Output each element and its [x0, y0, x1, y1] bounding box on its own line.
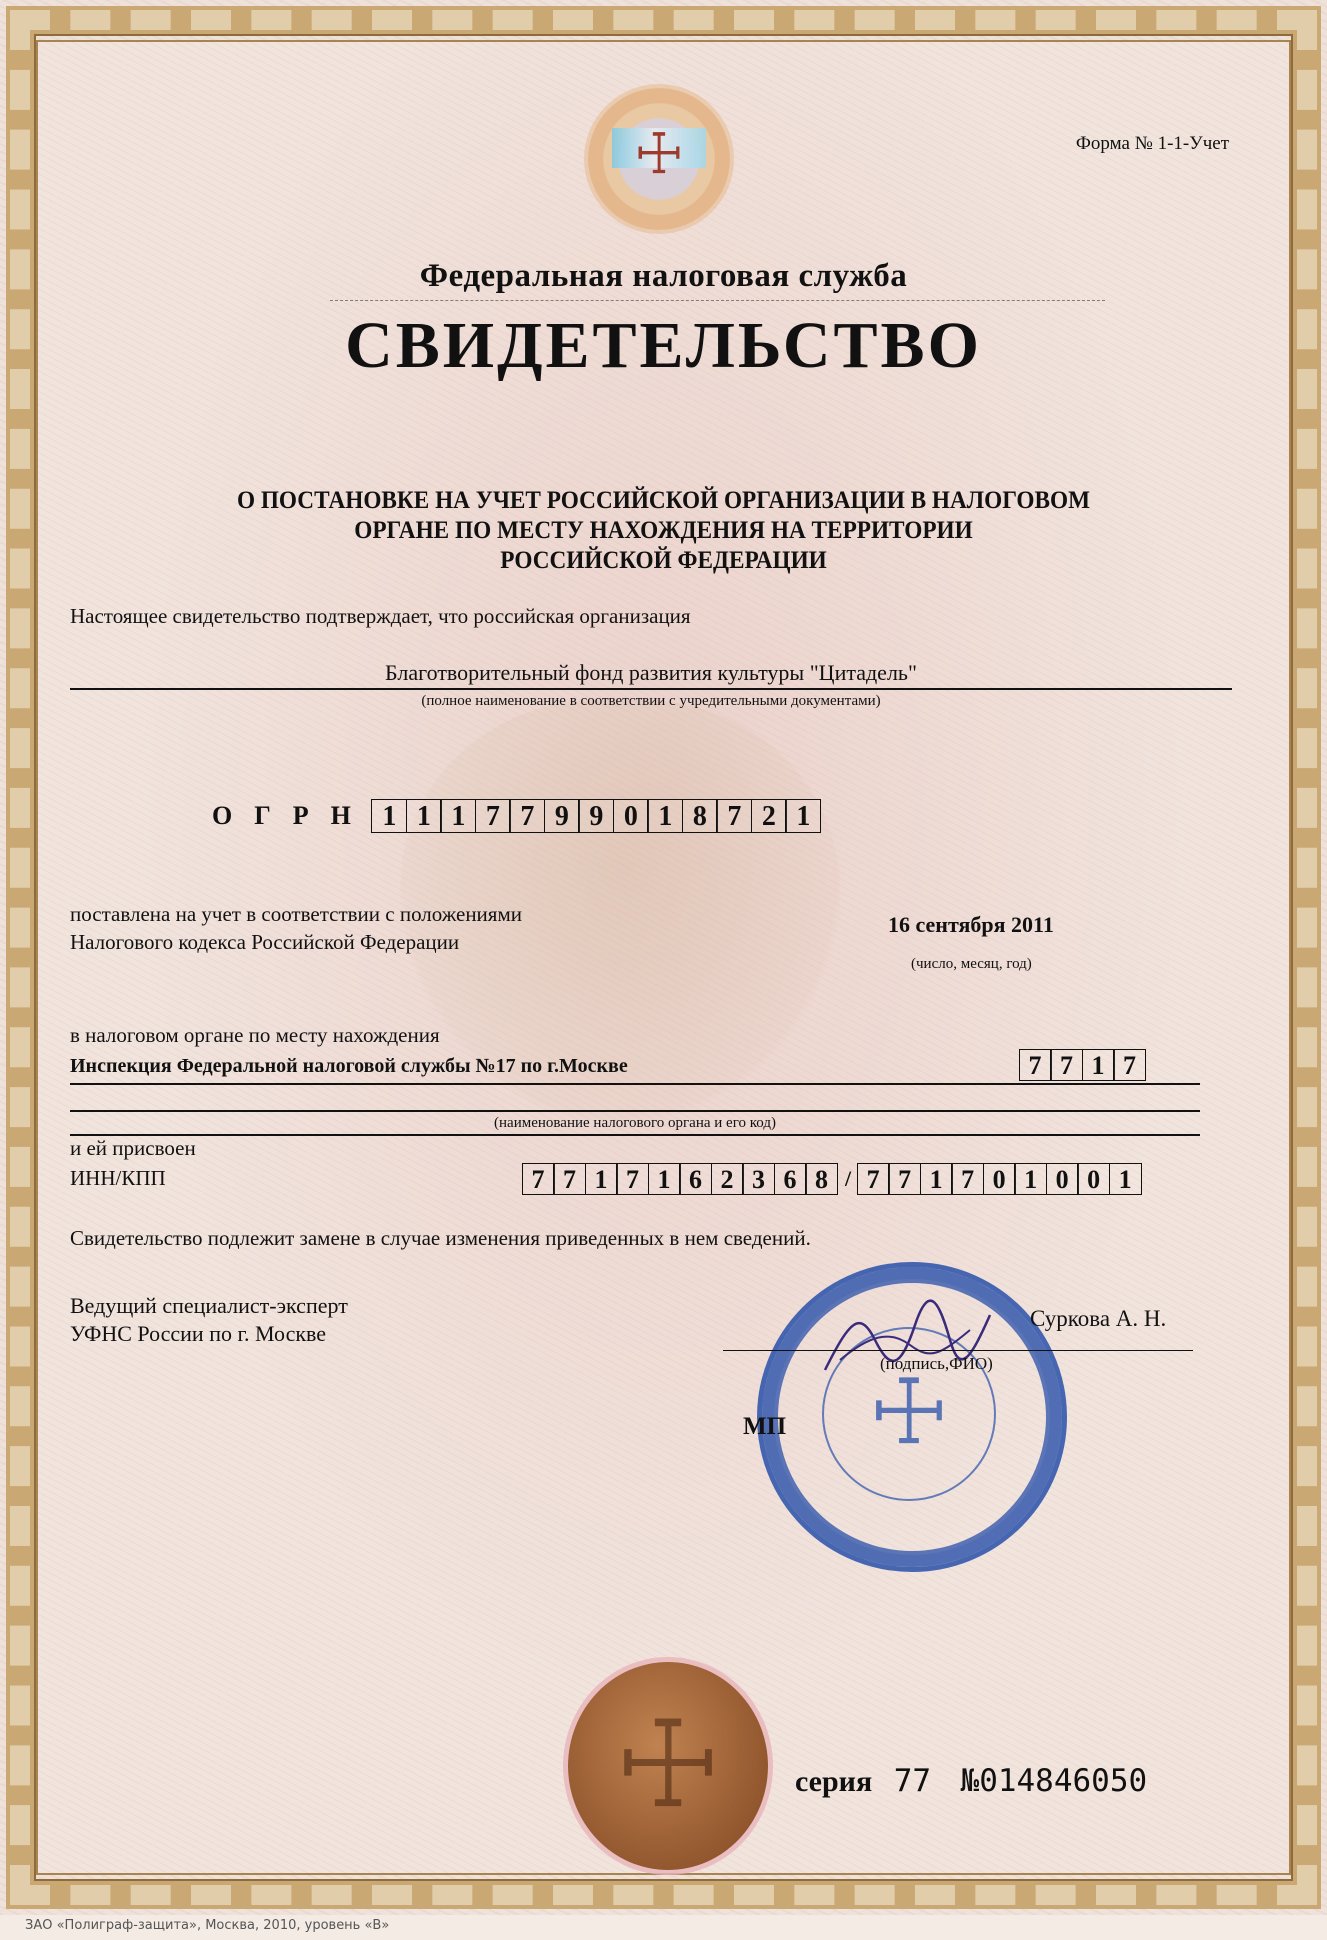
handwritten-signature-icon: [820, 1300, 1000, 1390]
registration-text: поставлена на учет в соответствии с поло…: [70, 900, 522, 956]
inn-digit: 1: [585, 1163, 618, 1195]
tax-office-code-digit: 7: [1019, 1049, 1052, 1081]
signature-hint: (подпись,ФИО): [880, 1354, 993, 1374]
tax-office-code-digit: 1: [1082, 1049, 1115, 1081]
form-number: Форма № 1-1-Учет: [1076, 133, 1229, 155]
tax-office-name: Инспекция Федеральной налоговой службы №…: [70, 1055, 628, 1078]
inn-digit-boxes: 7717162368: [523, 1163, 838, 1195]
inn-digit: 6: [679, 1163, 712, 1195]
certificate-sheet: ☩ Форма № 1-1-Учет Федеральная налоговая…: [0, 0, 1327, 1915]
signature-rule: [723, 1350, 1193, 1351]
signer-name: Суркова А. Н.: [1030, 1306, 1166, 1332]
ogrn-digit: 9: [544, 799, 580, 833]
kpp-digit: 7: [951, 1163, 984, 1195]
tax-office-intro: в налоговом органе по месту нахождения: [70, 1023, 440, 1048]
replacement-note: Свидетельство подлежит замене в случае и…: [70, 1226, 811, 1251]
subtitle-line: ОРГАНЕ ПО МЕСТУ НАХОЖДЕНИЯ НА ТЕРРИТОРИИ: [46, 516, 1280, 546]
registration-line: поставлена на учет в соответствии с поло…: [70, 900, 522, 928]
ogrn-digit: 1: [785, 799, 821, 833]
tax-office-code-digit: 7: [1113, 1049, 1146, 1081]
ogrn-digit-boxes: 1117799018721: [373, 799, 822, 833]
ogrn-digit: 7: [475, 799, 511, 833]
ogrn-digit: 9: [578, 799, 614, 833]
tax-office-rule-3: [70, 1134, 1200, 1136]
signer-position: Ведущий специалист-эксперт УФНС России п…: [70, 1292, 348, 1348]
inn-digit: 1: [648, 1163, 681, 1195]
kpp-digit: 0: [1046, 1163, 1079, 1195]
ogrn-digit: 0: [613, 799, 649, 833]
inn-kpp-row: 7717162368 / 771701001: [523, 1163, 1142, 1195]
organization-rule: [70, 688, 1232, 690]
kpp-digit: 0: [983, 1163, 1016, 1195]
series-value: 77: [894, 1763, 931, 1799]
kpp-digit: 7: [888, 1163, 921, 1195]
divider: [330, 300, 1105, 301]
certificate-number: №014846050: [961, 1763, 1148, 1799]
kpp-digit: 1: [920, 1163, 953, 1195]
series-label: серия: [795, 1765, 872, 1798]
ogrn-digit: 8: [682, 799, 718, 833]
tax-office-rule-2: [70, 1110, 1200, 1112]
assigned-label: и ей присвоен: [70, 1136, 196, 1161]
inn-digit: 8: [805, 1163, 838, 1195]
registration-date: 16 сентября 2011: [888, 912, 1054, 938]
ogrn-digit: 1: [647, 799, 683, 833]
tax-office-code-digit: 7: [1050, 1049, 1083, 1081]
kpp-digit: 1: [1014, 1163, 1047, 1195]
subtitle-line: РОССИЙСКОЙ ФЕДЕРАЦИИ: [46, 546, 1280, 576]
kpp-digit: 0: [1077, 1163, 1110, 1195]
kpp-digit: 7: [857, 1163, 890, 1195]
ogrn-digit: 7: [716, 799, 752, 833]
document-title: СВИДЕТЕЛЬСТВО: [0, 308, 1327, 384]
intro-text: Настоящее свидетельство подтверждает, чт…: [70, 604, 691, 629]
inn-digit: 3: [742, 1163, 775, 1195]
kpp-digit-boxes: 771701001: [858, 1163, 1142, 1195]
ogrn-digit: 1: [406, 799, 442, 833]
inn-digit: 7: [616, 1163, 649, 1195]
ogrn-row: ОГРН 1117799018721: [212, 799, 821, 833]
inn-digit: 7: [553, 1163, 586, 1195]
inn-kpp-separator: /: [838, 1163, 858, 1195]
inn-digit: 2: [711, 1163, 744, 1195]
tax-office-rule: [70, 1083, 1200, 1085]
tax-office-code-boxes: 7717: [1020, 1049, 1146, 1081]
double-headed-eagle-icon: ☩: [632, 118, 686, 192]
inn-digit: 6: [774, 1163, 807, 1195]
organization-name: Благотворительный фонд развития культуры…: [70, 660, 1232, 686]
inn-kpp-label: ИНН/КПП: [70, 1166, 166, 1191]
ogrn-digit: 1: [440, 799, 476, 833]
position-line: Ведущий специалист-эксперт: [70, 1292, 348, 1320]
tax-office-hint: (наименование налогового органа и его ко…: [70, 1115, 1200, 1132]
subtitle-line: О ПОСТАНОВКЕ НА УЧЕТ РОССИЙСКОЙ ОРГАНИЗА…: [46, 486, 1280, 516]
stamp-place-label: МП: [743, 1413, 786, 1441]
embossed-eagle-seal-icon: ☩: [568, 1662, 768, 1870]
printer-note: ЗАО «Полиграф-защита», Москва, 2010, уро…: [25, 1918, 389, 1933]
date-hint: (число, месяц, год): [911, 956, 1032, 973]
kpp-digit: 1: [1109, 1163, 1142, 1195]
ogrn-label: ОГРН: [212, 801, 373, 831]
ogrn-digit: 7: [509, 799, 545, 833]
registration-line: Налогового кодекса Российской Федерации: [70, 928, 522, 956]
coat-of-arms-hologram-icon: ☩: [588, 88, 730, 230]
ogrn-digit: 2: [751, 799, 787, 833]
inn-digit: 7: [522, 1163, 555, 1195]
position-line: УФНС России по г. Москве: [70, 1320, 348, 1348]
organization-hint: (полное наименование в соответствии с уч…: [70, 693, 1232, 710]
serial-number: серия 77 №014846050: [795, 1763, 1147, 1799]
agency-name: Федеральная налоговая служба: [0, 258, 1327, 295]
document-subtitle: О ПОСТАНОВКЕ НА УЧЕТ РОССИЙСКОЙ ОРГАНИЗА…: [46, 486, 1280, 576]
ogrn-digit: 1: [371, 799, 407, 833]
